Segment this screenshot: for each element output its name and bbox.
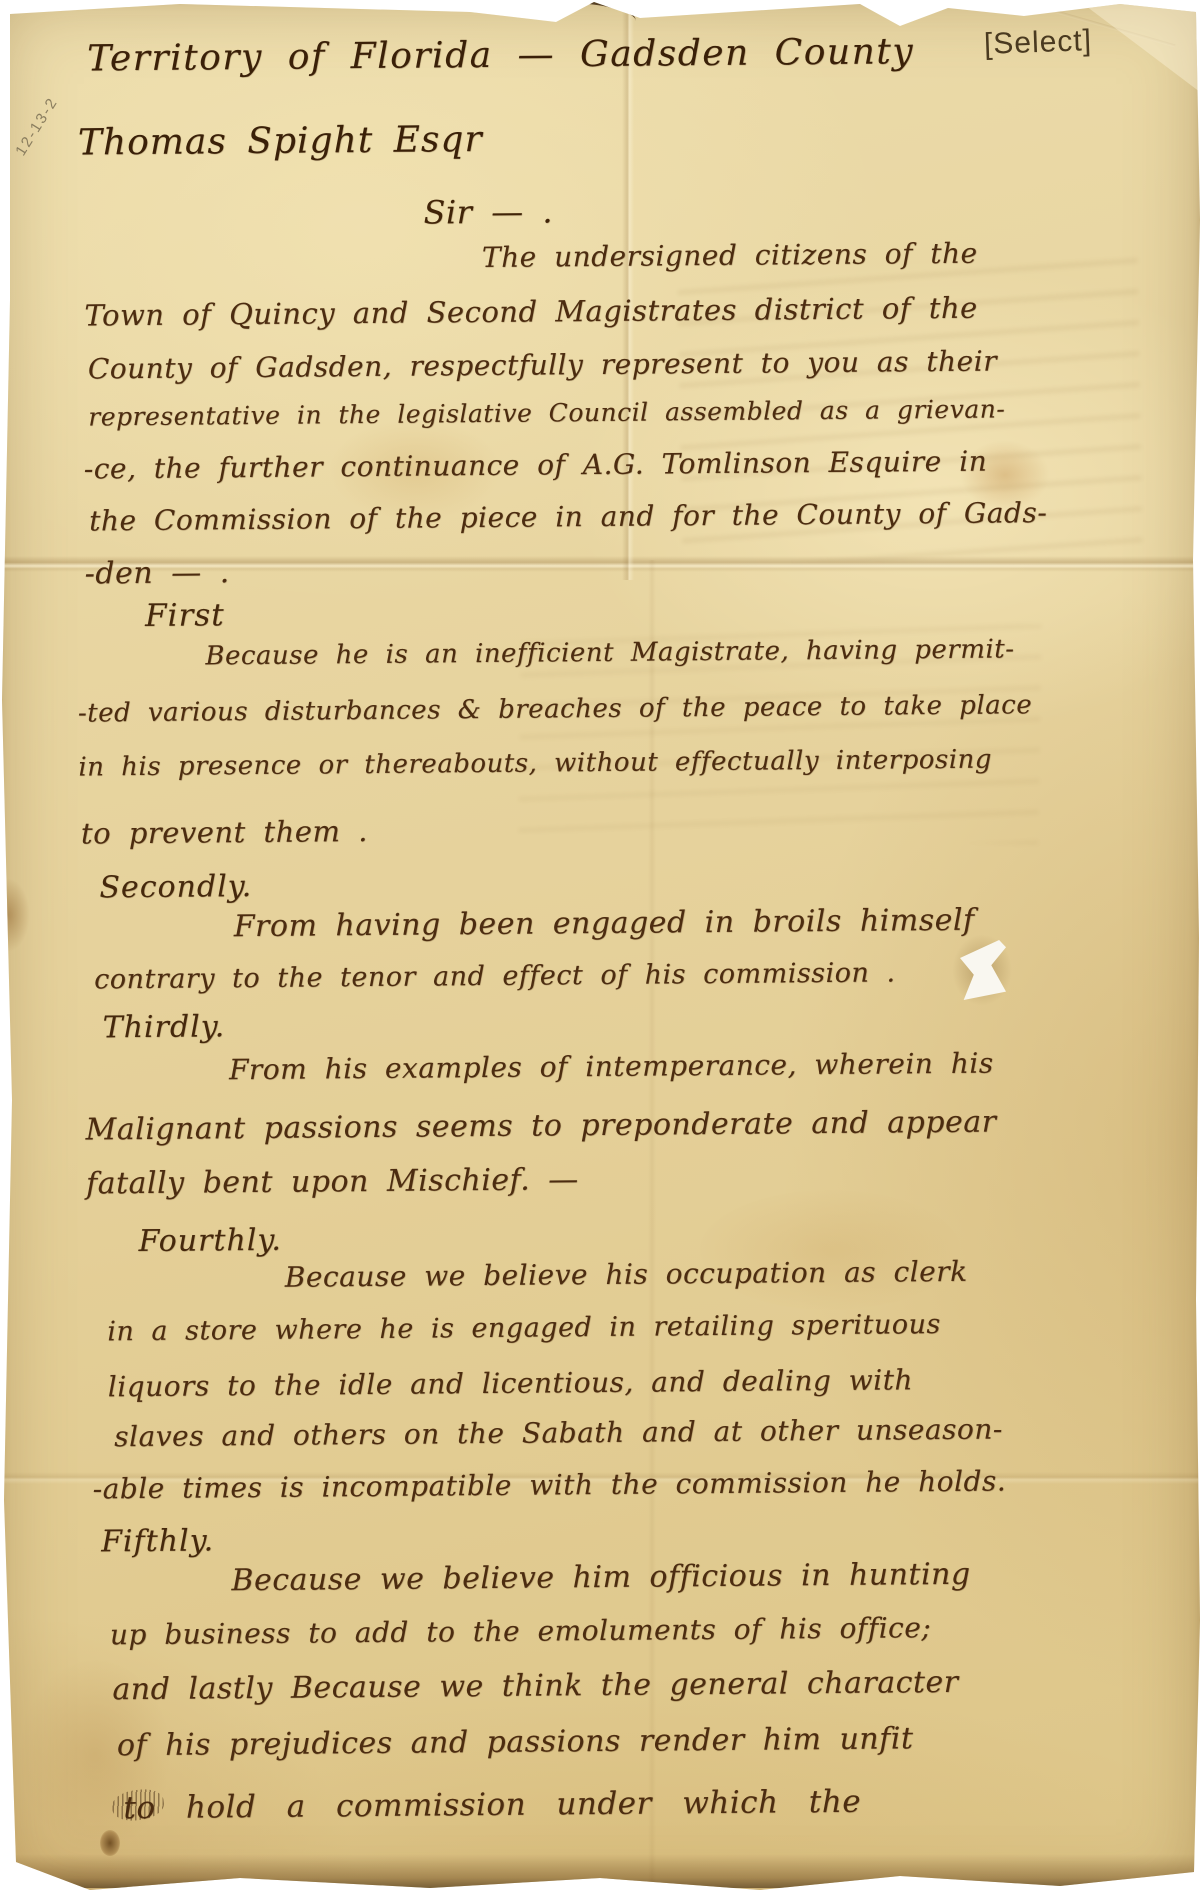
select-annotation: [Select]	[983, 24, 1092, 62]
handwritten-line: Sir — .	[423, 192, 553, 231]
handwritten-line: in a store where he is engaged in retail…	[107, 1309, 941, 1347]
handwritten-line: contrary to the tenor and effect of his …	[94, 957, 896, 995]
handwritten-line: Because we believe him officious in hunt…	[231, 1557, 970, 1598]
handwritten-line: representative in the legislative Counci…	[88, 394, 1005, 431]
handwritten-line: Thirdly.	[102, 1009, 225, 1045]
handwritten-line: and lastly Because we think the general …	[112, 1665, 958, 1707]
handwritten-line: -able times is incompatible with the com…	[93, 1464, 1007, 1505]
handwritten-line: Malignant passions seems to preponderate…	[85, 1105, 996, 1148]
handwritten-line: slaves and others on the Sabath and at o…	[114, 1413, 1003, 1454]
handwritten-line: liquors to the idle and licentious, and …	[108, 1363, 913, 1403]
handwritten-line: -ce, the further continuance of A.G. Tom…	[84, 445, 988, 486]
handwritten-line: the Commission of the piece in and for t…	[89, 496, 1047, 537]
handwritten-line: fatally bent upon Mischief. —	[86, 1162, 579, 1201]
handwritten-line: -ted various disturbances & breaches of …	[78, 690, 1032, 728]
handwritten-line: The undersigned citizens of the	[482, 237, 978, 274]
handwritten-line: County of Gadsden, respectfully represen…	[88, 345, 997, 386]
handwritten-line: Thomas Spight Esqr	[78, 119, 483, 164]
handwritten-line: -den — .	[85, 555, 230, 591]
handwritten-line: to hold a commission under which the	[123, 1784, 861, 1826]
handwritten-line: Secondly.	[99, 869, 252, 905]
handwritten-line: Territory of Florida — Gadsden County	[87, 31, 914, 79]
handwritten-line: From having been engaged in broils himse…	[234, 903, 975, 944]
handwritten-line: up business to add to the emoluments of …	[110, 1611, 932, 1651]
handwritten-line: to prevent them .	[81, 814, 368, 851]
handwritten-line: in his presence or thereabouts, without …	[78, 745, 992, 783]
handwritten-line: Because he is an inefficient Magistrate,…	[205, 634, 1014, 671]
handwritten-line: Fourthly.	[138, 1223, 282, 1259]
handwritten-line: Because we believe his occupation as cle…	[285, 1255, 968, 1294]
handwritten-line: Fifthly.	[101, 1523, 214, 1559]
handwriting-layer: Territory of Florida — Gadsden CountyTho…	[0, 0, 1200, 1903]
handwritten-line: Town of Quincy and Second Magistrates di…	[84, 291, 978, 333]
scanned-document: Territory of Florida — Gadsden CountyTho…	[0, 0, 1200, 1903]
letter-page: Territory of Florida — Gadsden CountyTho…	[0, 0, 1200, 1903]
handwritten-line: From his examples of intemperance, where…	[229, 1047, 994, 1087]
handwritten-line: First	[145, 597, 225, 634]
handwritten-line: of his prejudices and passions render hi…	[117, 1721, 914, 1763]
